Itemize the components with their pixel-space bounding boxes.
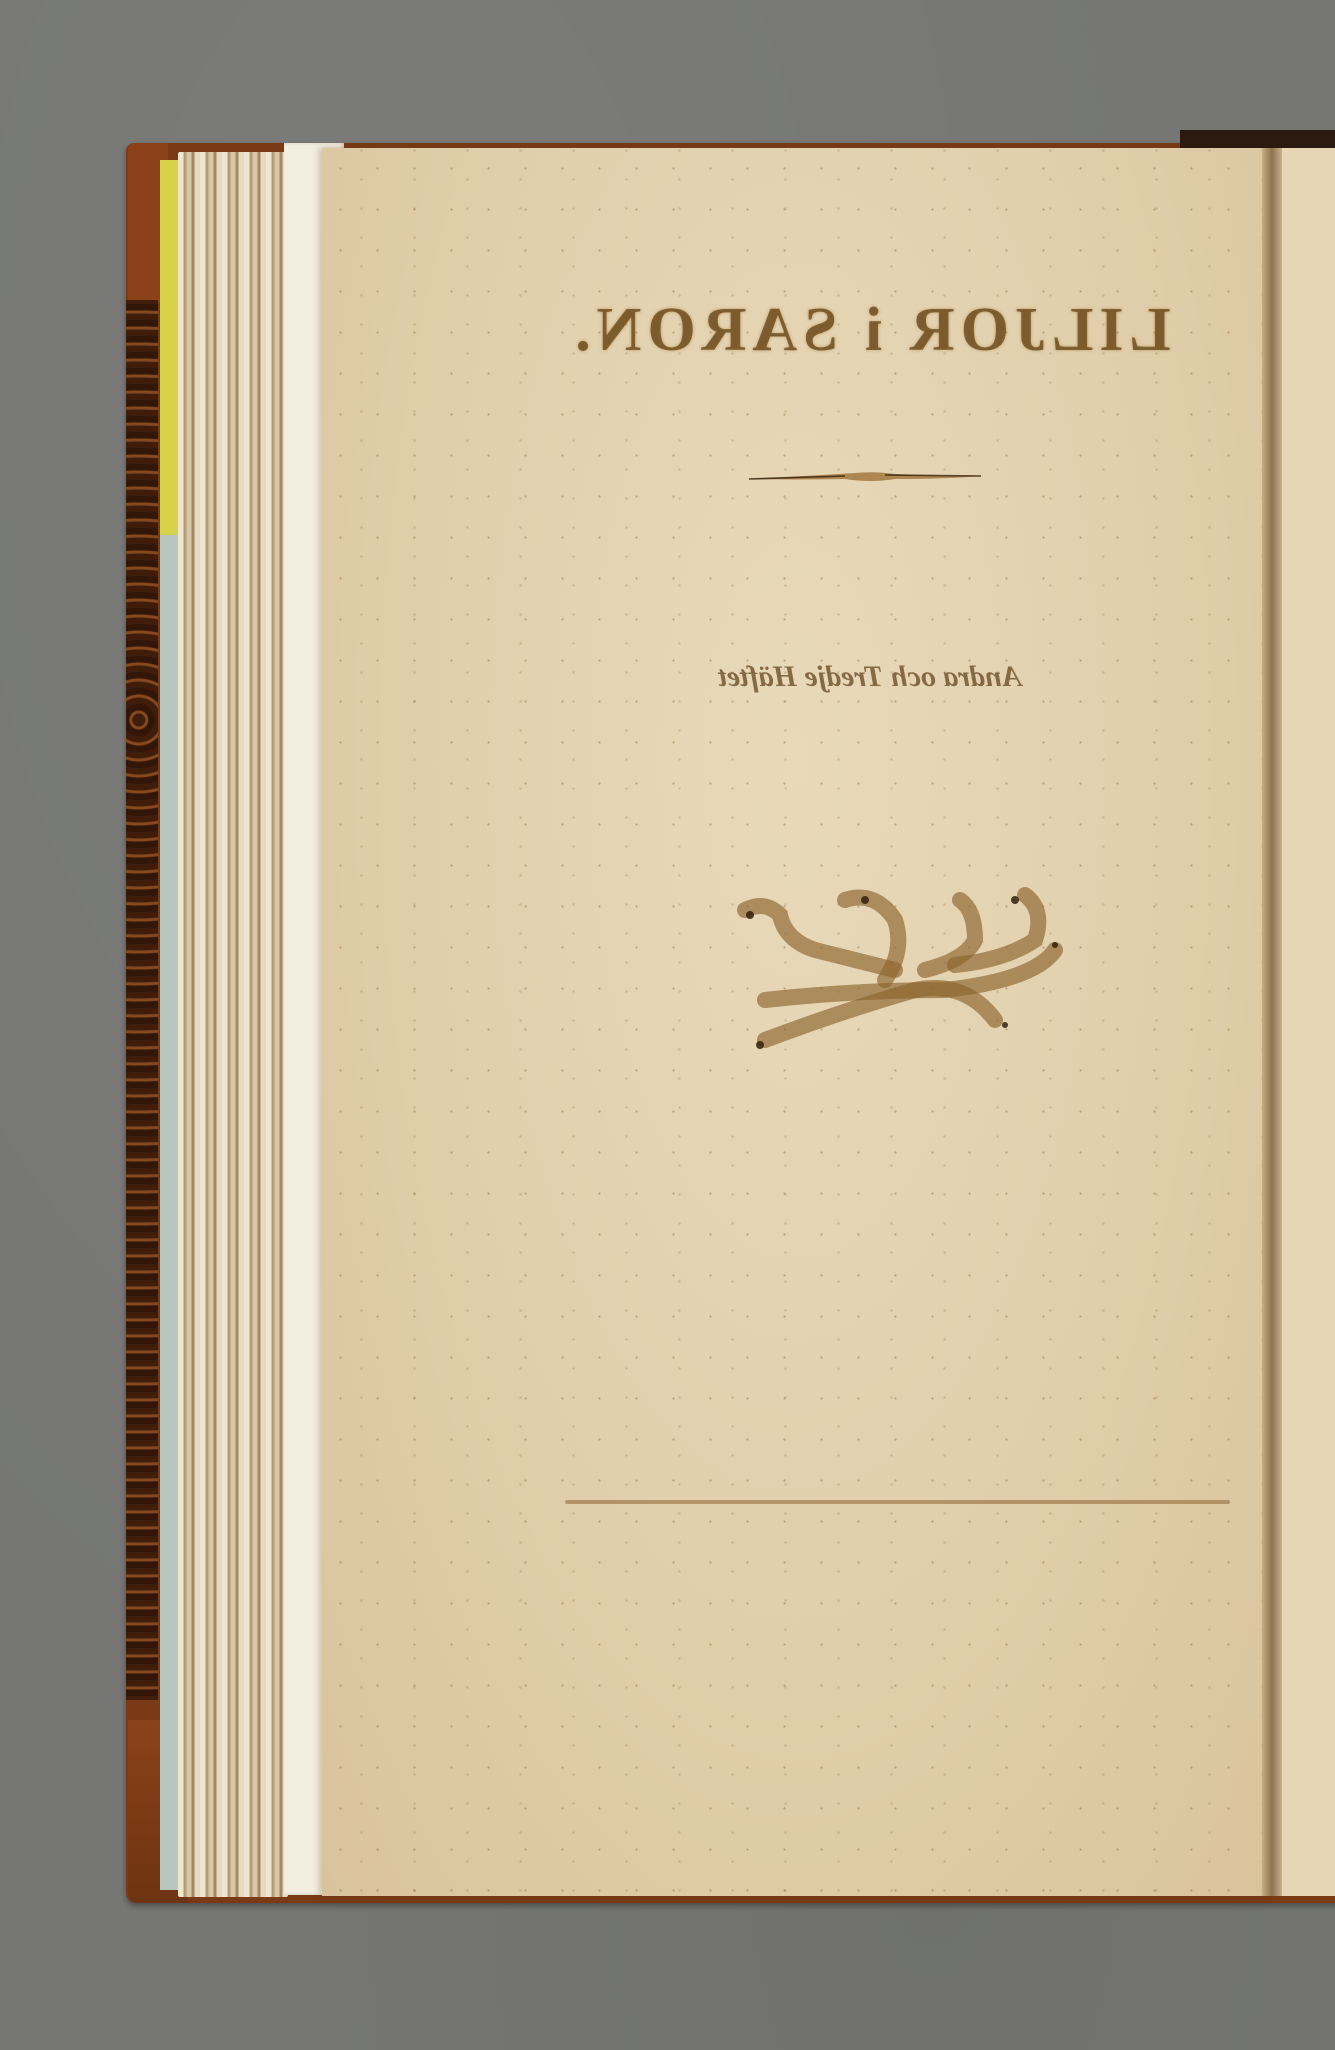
facing-page-edge [1282, 148, 1335, 1896]
endpaper-strip [160, 160, 178, 1890]
subtitle: Andra och Tredje Häftet [630, 660, 1110, 694]
page-block-edges [178, 152, 288, 1897]
book-gutter [1262, 148, 1282, 1896]
marbled-board [126, 300, 158, 1700]
floral-vignette-icon [705, 860, 1075, 1060]
endpaper-blue [160, 535, 178, 1890]
endpaper-yellow [160, 160, 178, 535]
rule-ornament-icon [745, 470, 985, 484]
page-title: LILJOR i SARON. [500, 295, 1240, 366]
top-shadow [1180, 130, 1335, 148]
imprint-rule [565, 1500, 1230, 1504]
